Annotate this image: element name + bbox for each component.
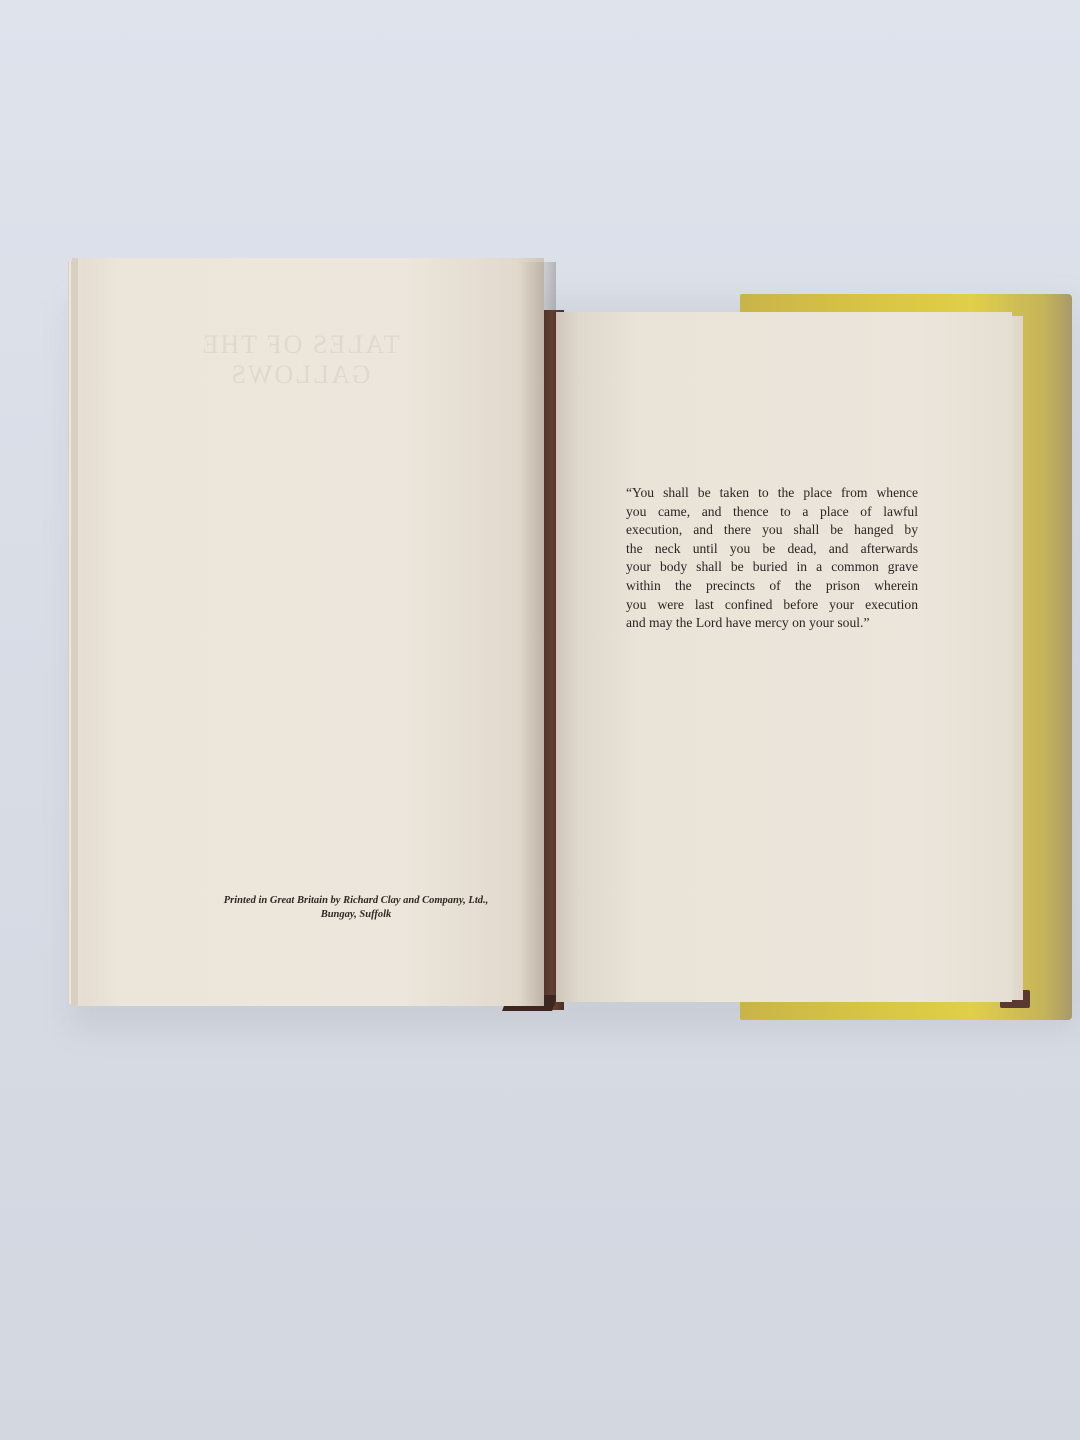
quote-line: you came, and thence to a place of lawfu… (626, 503, 918, 522)
imprint-line-1: Printed in Great Britain by Richard Clay… (196, 894, 516, 908)
quote-line: the neck until you be dead, and afterwar… (626, 540, 918, 559)
printer-imprint: Printed in Great Britain by Richard Clay… (196, 894, 516, 922)
gutter-shadow (520, 262, 556, 1006)
quote-line: your body shall be buried in a common gr… (626, 558, 918, 577)
quote-line: “You shall be taken to the place from wh… (626, 484, 918, 503)
quote-line: within the precincts of the prison where… (626, 577, 918, 596)
epigraph-quote: “You shall be taken to the place from wh… (626, 484, 918, 633)
quote-line: execution, and there you shall be hanged… (626, 521, 918, 540)
photo-scene: TALES OF THE GALLOWS “You shall be taken… (0, 0, 1080, 1440)
show-through-title: TALES OF THE GALLOWS (170, 330, 430, 390)
quote-line: and may the Lord have mercy on your soul… (626, 614, 918, 633)
imprint-line-2: Bungay, Suffolk (196, 908, 516, 922)
right-page (556, 312, 1012, 1002)
quote-line: you were last confined before your execu… (626, 596, 918, 615)
